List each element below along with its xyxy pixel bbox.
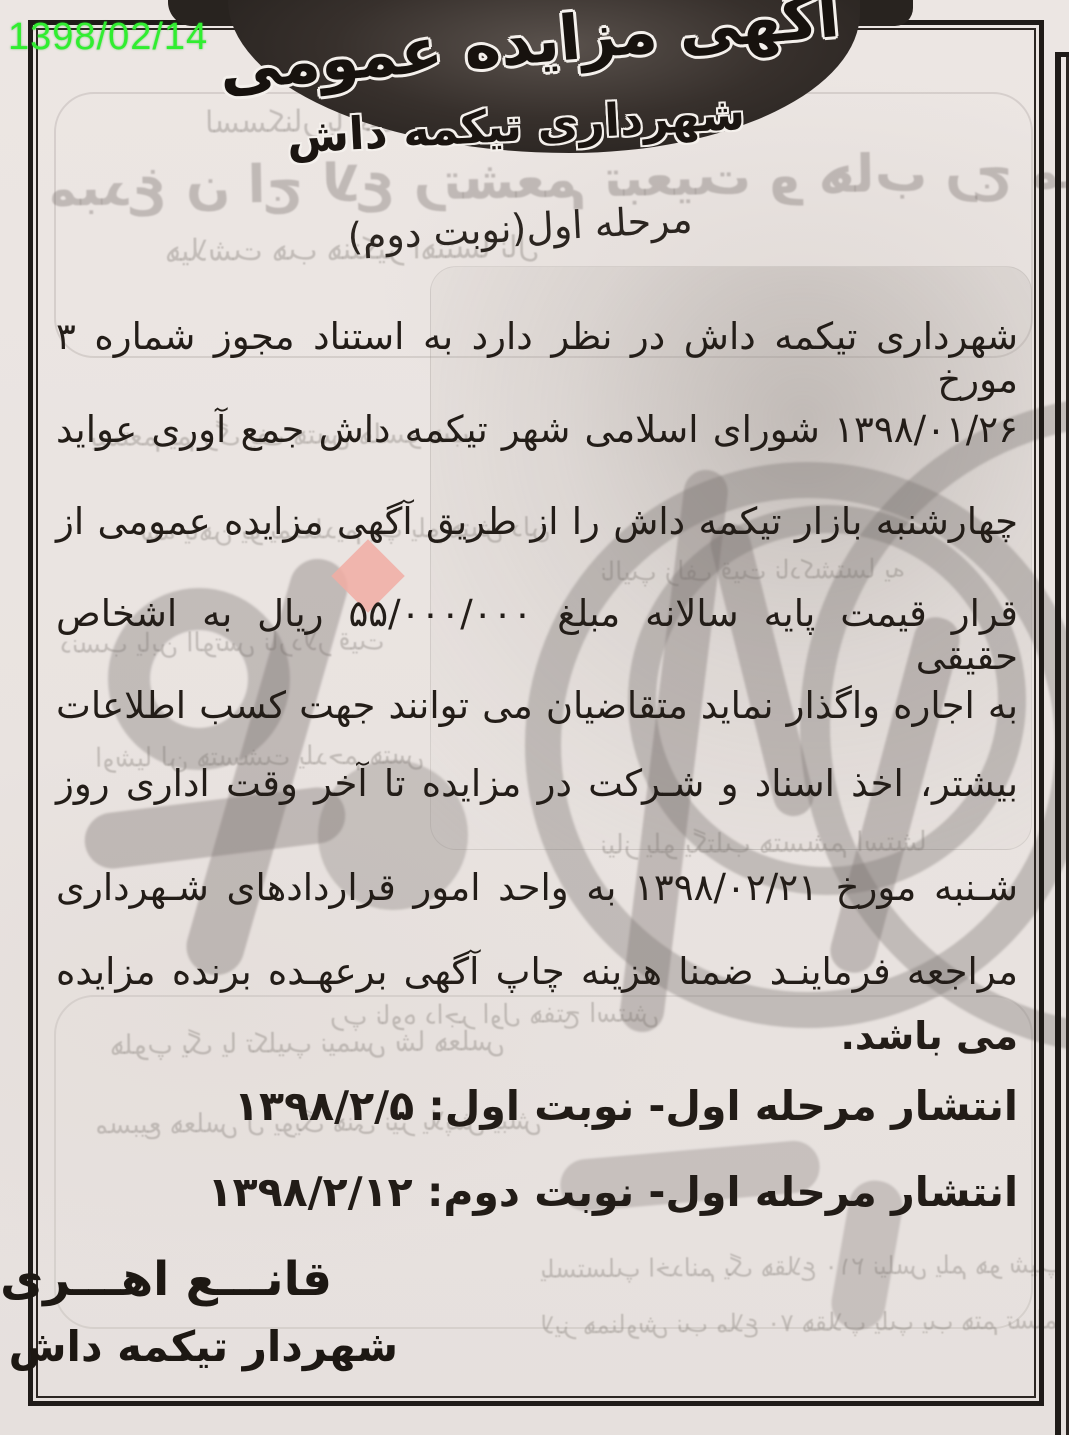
- body-line: بیشتر، اخذ اسناد و شـرکت در مزایده تا آخ…: [56, 762, 1018, 805]
- body-line: شـنبه مورخ ۱۳۹۸/۰۲/۲۱ به واحد امور قرارد…: [56, 866, 1018, 909]
- adjacent-column-rule-top: [1055, 52, 1069, 57]
- body-line: چهارشنبه بازار تیکمه داش را از طریق آگهی…: [56, 500, 1018, 543]
- signature-role: شهردار تیکمه داش: [48, 1322, 398, 1371]
- camera-date-stamp: 1398/02/14: [8, 16, 208, 59]
- body-line: مراجعه فرماینـد ضمنا هزینه چاپ آگهی برعه…: [56, 950, 1018, 993]
- body-line: شهرداری تیکمه داش در نظر دارد به استناد …: [56, 315, 1018, 401]
- scanned-newspaper-page: مبدغ ن اج لاع رتشعم تبعیت و هاب رج مییس …: [0, 0, 1069, 1435]
- body-line: قرار قیمت پایه سالانه مبلغ ۵۵/۰۰۰/۰۰۰ ری…: [56, 592, 1018, 678]
- signature-name: قانـــع اهـــری: [62, 1252, 332, 1307]
- publication-date-first: انتشار مرحله اول- نوبت اول: ۱۳۹۸/۲/۵: [56, 1082, 1018, 1130]
- adjacent-column-rule: [1055, 56, 1061, 1435]
- body-line: ۱۳۹۸/۰۱/۲۶ شورای اسلامی شهر تیکمه داش جم…: [56, 408, 1018, 451]
- body-closing-line: می باشد.: [56, 1014, 1018, 1058]
- publication-date-second: انتشار مرحله اول- نوبت دوم: ۱۳۹۸/۲/۱۲: [56, 1168, 1018, 1216]
- body-line: به اجاره واگذار نماید متقاضیان می توانند…: [56, 684, 1018, 727]
